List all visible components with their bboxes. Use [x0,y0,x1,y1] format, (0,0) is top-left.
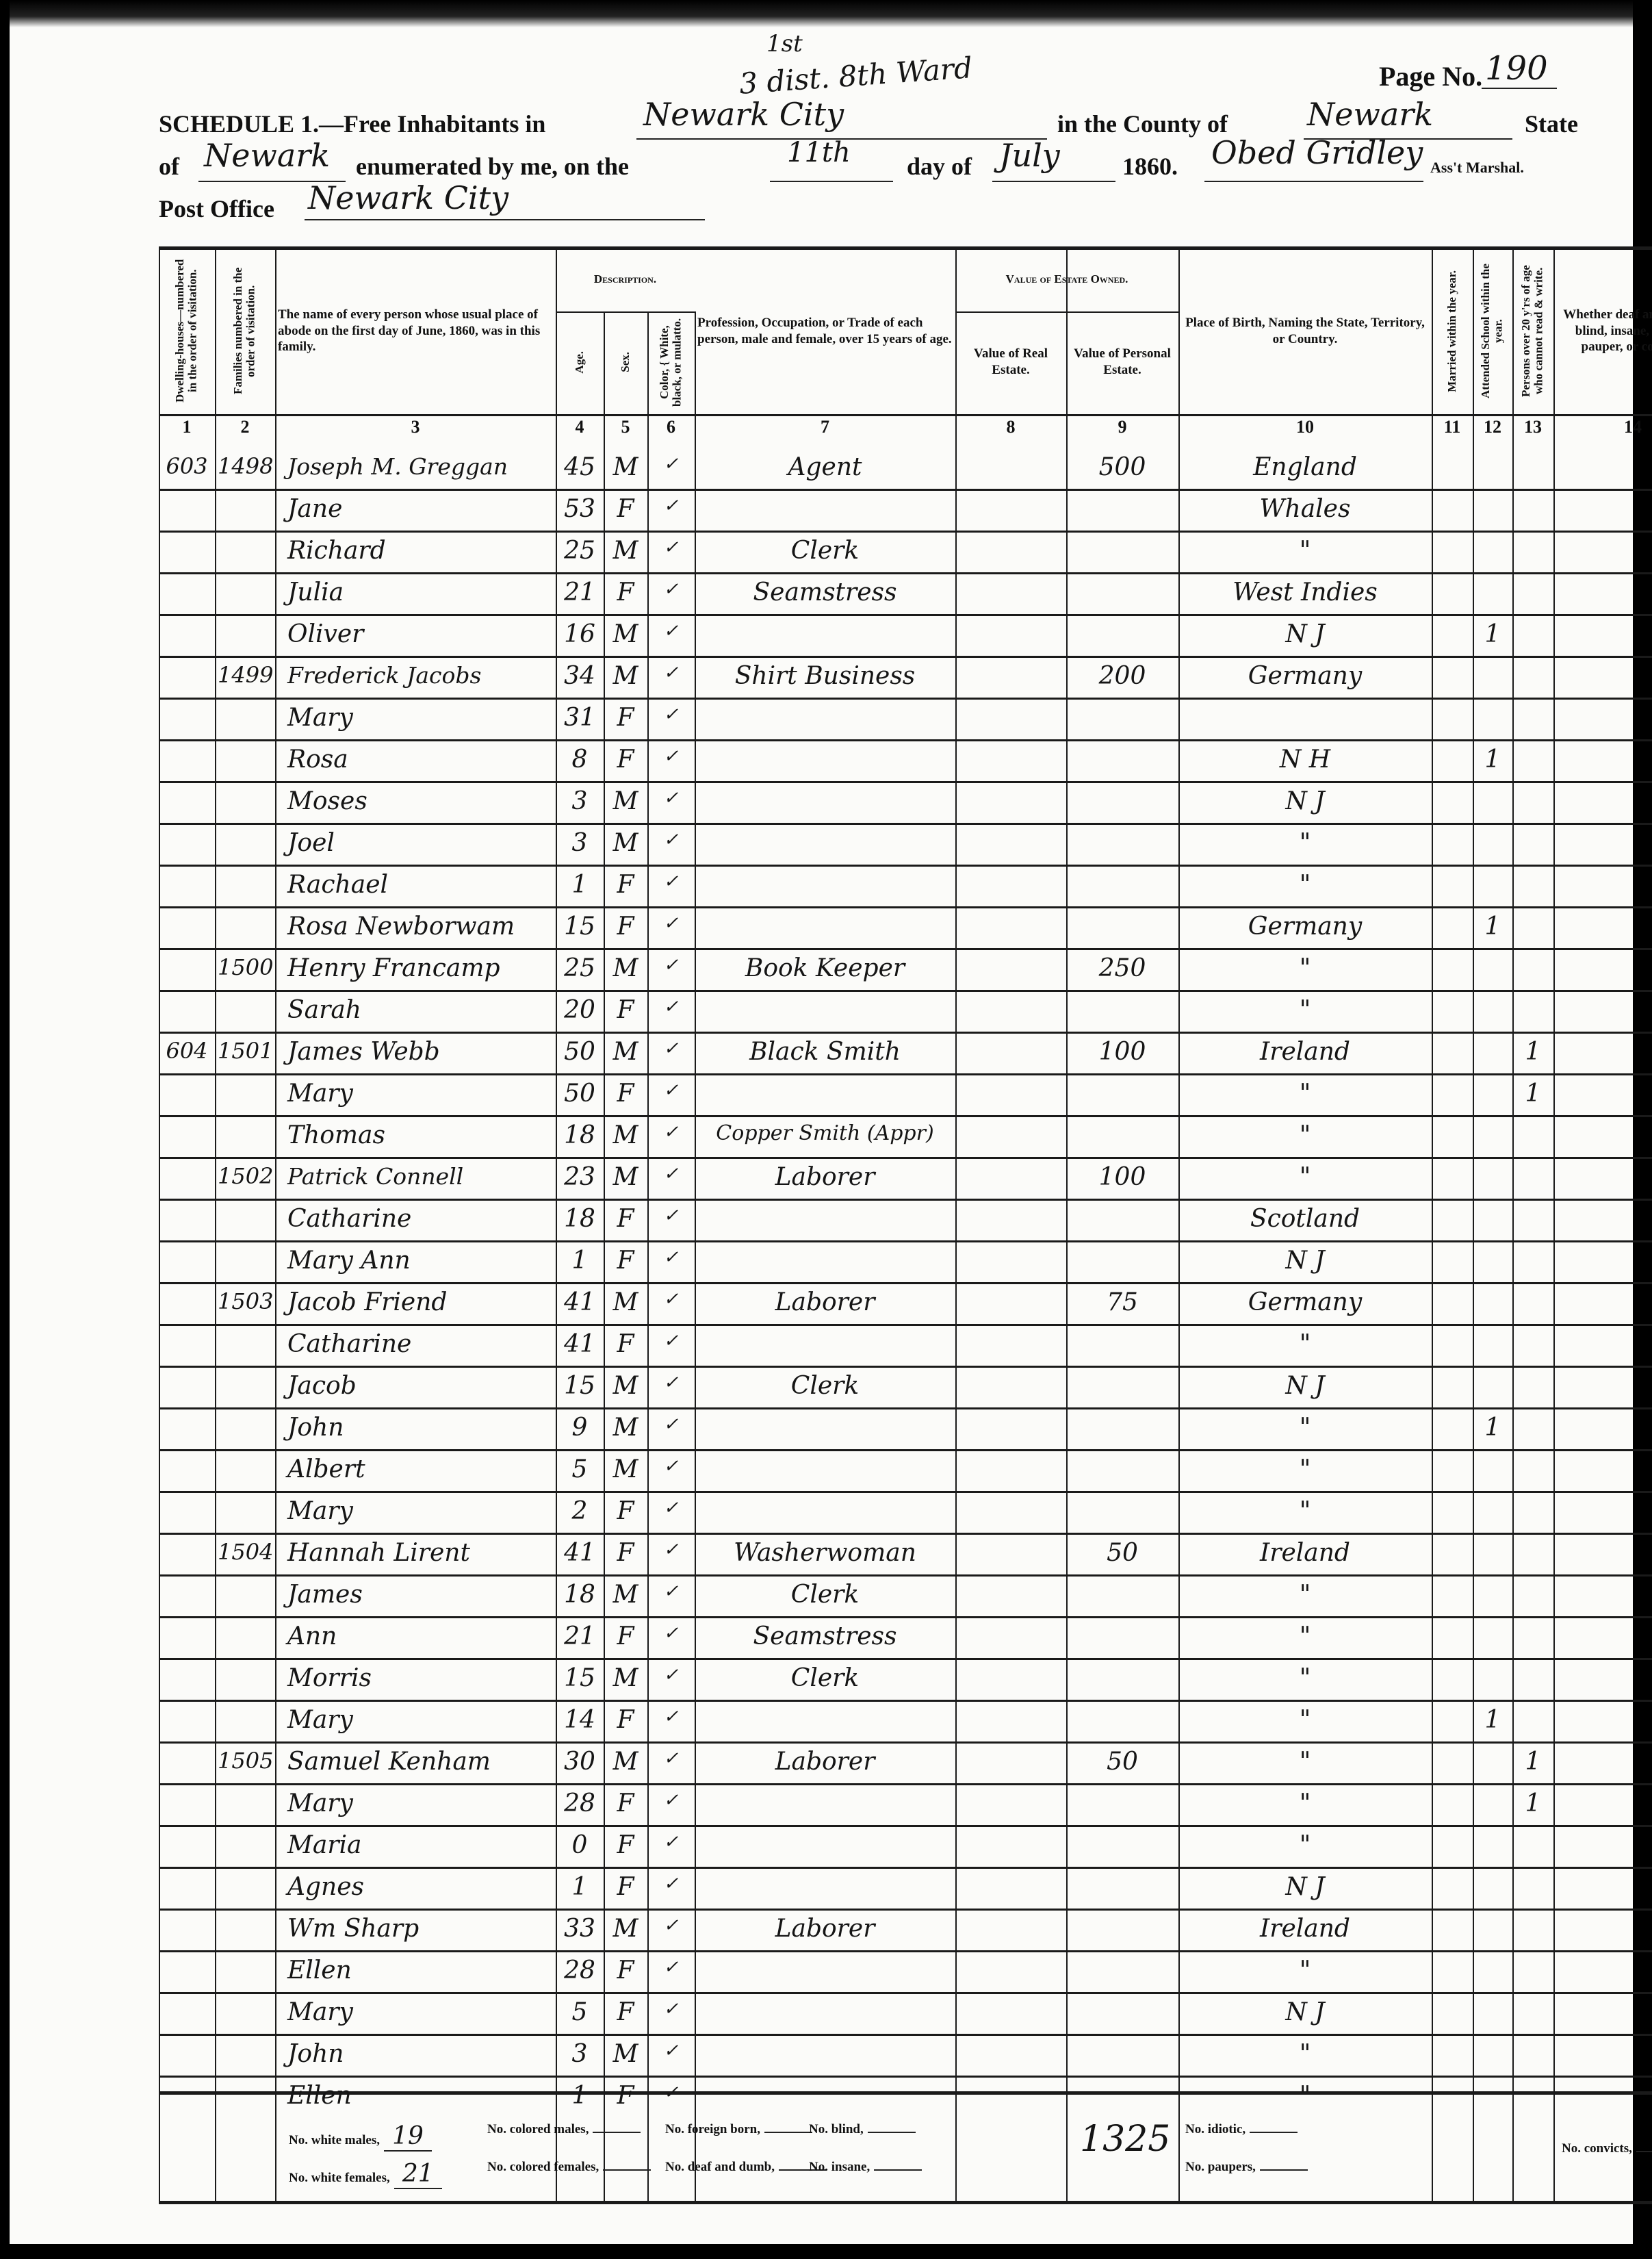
marshal-name: Obed Gridley [1211,134,1423,171]
cell-sex: F [606,1833,645,1858]
cell-name: Albert [278,1457,553,1482]
cell-birth: N J [1181,789,1429,814]
column-header-label: Married within the year. [1446,270,1459,392]
column-header-13: Persons over 20 y'rs of age who cannot r… [1515,253,1551,409]
cell-sex: F [606,915,645,939]
cell-occupation: Clerk [697,1374,953,1399]
cell-color: ✓ [650,1416,692,1433]
marshal-label: Ass't Marshal. [1430,159,1524,177]
state-value: Newark [204,137,330,174]
footer-deaf-dumb-label: No. deaf and dumb, [665,2160,775,2174]
cell-birth: N J [1181,1875,1429,1900]
cell-color: ✓ [650,1624,692,1642]
column-header-label: Whether deaf and dumb, blind, insane, id… [1556,307,1652,355]
column-number: 7 [695,417,955,437]
cell-sex: F [606,1249,645,1273]
cell-name: Sarah [278,998,553,1023]
cell-sex: F [606,748,645,772]
cell-color: ✓ [650,2042,692,2060]
cell-age: 41 [558,1290,601,1315]
cell-occupation: Laborer [697,1290,953,1315]
post-office-label: Post Office [159,194,274,223]
cell-name: Ellen [278,2084,553,2108]
cell-personal: 50 [1069,1750,1176,1774]
cell-name: James Webb [278,1040,553,1064]
cell-sex: F [606,497,645,522]
cell-birth: " [1181,1583,1429,1607]
footer-colored-females-label: No. colored females, [487,2160,599,2174]
cell-color: ✓ [650,1583,692,1600]
footer-paupers: No. paupers, [1185,2160,1308,2175]
footer-foreign-born-label: No. foreign born, [665,2122,760,2136]
cell-name: Rachael [278,873,553,897]
cell-age: 25 [558,539,601,563]
column-header-3: The name of every person whose usual pla… [278,253,553,409]
post-office-underline [305,219,705,220]
cell-name: Rosa [278,748,553,772]
cell-age: 30 [558,1750,601,1774]
footer-end-rule [159,2201,1652,2204]
cell-name: Mary [278,1082,553,1106]
post-office-value: Newark City [308,179,508,216]
cell-birth: " [1181,1958,1429,1983]
cell-family: 1499 [218,664,272,686]
cell-color: ✓ [650,998,692,1016]
cell-age: 20 [558,998,601,1023]
cell-birth: " [1181,1332,1429,1357]
cell-age: 3 [558,2042,601,2067]
cell-age: 3 [558,789,601,814]
cell-age: 23 [558,1165,601,1190]
cell-occupation: Clerk [697,539,953,563]
cell-occupation: Seamstress [697,580,953,605]
cell-age: 1 [558,2084,601,2108]
cell-sex: M [606,1290,645,1315]
column-number: 8 [955,417,1066,437]
cell-age: 21 [558,580,601,605]
cell-birth: N J [1181,2000,1429,2025]
cell-sex: F [606,1791,645,1816]
cell-color: ✓ [650,1165,692,1183]
column-header-10: Place of Birth, Naming the State, Territ… [1181,253,1429,409]
footer-white-males-label: No. white males, [289,2133,380,2147]
cell-color: ✓ [650,1833,692,1851]
footer-blind: No. blind, [809,2122,916,2137]
column-number: 11 [1432,417,1473,437]
column-header-2: Families numbered in the order of visita… [218,253,272,409]
cell-name: Ann [278,1624,553,1649]
cell-sex: F [606,580,645,605]
cell-sex: M [606,956,645,981]
cell-family: 1503 [218,1290,272,1312]
cell-sex: M [606,1165,645,1190]
place-value: Newark City [643,96,844,133]
page-number-underline [1482,88,1557,89]
cell-name: Hannah Lirent [278,1541,553,1566]
footer-idiotic: No. idiotic, [1185,2122,1298,2137]
cell-sex: M [606,664,645,689]
cell-birth: " [1181,1457,1429,1482]
column-header-label: Dwelling-houses—numbered in the order of… [174,253,199,409]
cell-birth: " [1181,1123,1429,1148]
column-header-label: The name of every person whose usual pla… [278,307,553,355]
cell-age: 18 [558,1207,601,1231]
column-number: 2 [215,417,275,437]
cell-family: 1498 [218,455,272,477]
cell-birth: " [1181,2042,1429,2067]
cell-name: Henry Francamp [278,956,553,981]
cell-birth: Germany [1181,664,1429,689]
cell-sex: F [606,1624,645,1649]
cell-birth: " [1181,831,1429,856]
cell-age: 1 [558,1249,601,1273]
column-header-5: Sex. [606,316,645,409]
footer-colored-males-blank [593,2132,641,2133]
cell-color: ✓ [650,1541,692,1559]
cell-birth: Scotland [1181,1207,1429,1231]
column-number: 12 [1473,417,1512,437]
cell-name: John [278,1416,553,1440]
cell-color: ✓ [650,1374,692,1392]
column-header-11: Married within the year. [1434,253,1470,409]
cell-sex: F [606,706,645,730]
column-number: 13 [1512,417,1553,437]
marshal-underline [1204,181,1423,182]
cell-color: ✓ [650,580,692,598]
estate-group-rule [955,311,1178,313]
cell-name: Moses [278,789,553,814]
cell-name: Julia [278,580,553,605]
cell-birth: " [1181,1165,1429,1190]
cell-birth: " [1181,1708,1429,1733]
cell-sex: M [606,1666,645,1691]
cell-birth: Whales [1181,497,1429,522]
cell-name: Joseph M. Greggan [278,455,553,478]
cell-birth: Ireland [1181,1917,1429,1941]
cell-sex: M [606,1457,645,1482]
cell-personal: 200 [1069,664,1176,689]
column-number: 1 [159,417,215,437]
cell-name: Ellen [278,1958,553,1983]
cell-age: 1 [558,1875,601,1900]
cell-name: Catharine [278,1207,553,1231]
footer-insane: No. insane, [809,2160,922,2175]
cell-age: 41 [558,1541,601,1566]
footer-foreign-born-blank [764,2132,812,2133]
cell-color: ✓ [650,1249,692,1266]
cell-illiterate: 1 [1515,1791,1551,1816]
column-header-label: Color, { White, black, or mulatto. [658,316,684,409]
column-number: 3 [275,417,556,437]
cell-sex: F [606,2084,645,2108]
cell-age: 53 [558,497,601,522]
cell-age: 14 [558,1708,601,1733]
cell-sex: M [606,455,645,480]
cell-color: ✓ [650,1040,692,1058]
month-value: July [999,137,1060,174]
cell-name: Mary [278,1708,553,1733]
cell-age: 5 [558,2000,601,2025]
footer-insane-label: No. insane, [809,2160,870,2174]
cell-name: Patrick Connell [278,1165,553,1188]
cell-family: 1502 [218,1165,272,1187]
cell-dwelling: 604 [162,1040,212,1062]
cell-name: Agnes [278,1875,553,1900]
column-header-label: Value of Personal Estate. [1069,346,1176,379]
cell-illiterate: 1 [1515,1040,1551,1064]
footer-white-males: No. white males,19 [289,2122,432,2152]
census-table: Description.Value of Estate Owned.Dwelli… [159,246,1599,2208]
cell-birth: Ireland [1181,1040,1429,1064]
column-number: 10 [1178,417,1432,437]
cell-color: ✓ [650,2000,692,2018]
column-header-label: Age. [573,351,586,374]
cell-age: 1 [558,873,601,897]
cell-personal: 75 [1069,1290,1176,1315]
footer-colored-females: No. colored females, [487,2160,651,2175]
column-header-label: Attended School within the year. [1480,253,1505,409]
cell-illiterate: 1 [1515,1082,1551,1106]
cell-school: 1 [1475,1708,1510,1733]
cell-birth: " [1181,1666,1429,1691]
cell-color: ✓ [650,1499,692,1517]
cell-sex: M [606,1416,645,1440]
cell-birth: Ireland [1181,1541,1429,1566]
cell-sex: F [606,2000,645,2025]
column-header-1: Dwelling-houses—numbered in the order of… [162,253,212,409]
cell-age: 15 [558,1374,601,1399]
column-header-label: Place of Birth, Naming the State, Territ… [1181,315,1429,348]
cell-dwelling: 603 [162,455,212,477]
cell-color: ✓ [650,956,692,974]
cell-occupation: Clerk [697,1583,953,1607]
cell-occupation: Agent [697,455,953,480]
cell-name: Jane [278,497,553,522]
cell-name: Jacob Friend [278,1290,553,1315]
scan-edge-left [0,0,10,2259]
column-number: 5 [604,417,647,437]
cell-age: 5 [558,1457,601,1482]
cell-sex: M [606,831,645,856]
cell-sex: F [606,1499,645,1524]
cell-color: ✓ [650,915,692,932]
day-underline [770,181,893,182]
cell-color: ✓ [650,1750,692,1767]
cell-occupation: Laborer [697,1165,953,1190]
cell-birth: " [1181,1624,1429,1649]
cell-name: Jacob [278,1374,553,1399]
page-number: 190 [1485,49,1548,88]
enumerated-label: enumerated by me, on the [356,152,629,181]
column-number: 4 [556,417,604,437]
footer-white-females: No. white females,21 [289,2160,442,2189]
cell-occupation: Washerwoman [697,1541,953,1566]
cell-birth: " [1181,1082,1429,1106]
cell-birth: " [1181,998,1429,1023]
cell-color: ✓ [650,1875,692,1893]
cell-occupation: Shirt Business [697,664,953,689]
cell-color: ✓ [650,539,692,557]
cell-birth: N J [1181,1249,1429,1273]
cell-age: 18 [558,1123,601,1148]
cell-birth: " [1181,956,1429,981]
cell-school: 1 [1475,748,1510,772]
cell-name: Samuel Kenham [278,1750,553,1774]
cell-age: 16 [558,622,601,647]
cell-sex: M [606,539,645,563]
cell-sex: F [606,1082,645,1106]
cell-sex: M [606,1917,645,1941]
group-header-description: Description. [556,253,695,305]
cell-birth: N H [1181,748,1429,772]
county-label: in the County of [1057,110,1228,138]
cell-name: Rosa Newborwam [278,915,553,939]
footer-foreign-born: No. foreign born, [665,2122,812,2137]
cell-name: Maria [278,1833,553,1858]
cell-age: 50 [558,1082,601,1106]
cell-age: 25 [558,956,601,981]
cell-color: ✓ [650,1958,692,1976]
cell-birth: " [1181,1833,1429,1858]
cell-name: Morris [278,1666,553,1691]
cell-name: John [278,2042,553,2067]
cell-color: ✓ [650,831,692,849]
footer-idiotic-label: No. idiotic, [1185,2122,1246,2136]
cell-personal: 250 [1069,956,1176,981]
cell-birth: " [1181,539,1429,563]
footer-insane-blank [874,2169,922,2171]
column-number: 14 [1553,417,1652,437]
cell-occupation: Book Keeper [697,956,953,981]
table-top-rule [159,246,1652,250]
cell-personal: 50 [1069,1541,1176,1566]
schedule-title: SCHEDULE 1.—Free Inhabitants in [159,110,545,138]
cell-color: ✓ [650,1666,692,1684]
column-header-6: Color, { White, black, or mulatto. [650,316,692,409]
scan-edge-top [0,0,1652,27]
cell-age: 15 [558,1666,601,1691]
annotation-superscript: 1st [766,30,803,58]
cell-color: ✓ [650,1708,692,1726]
cell-birth: Germany [1181,915,1429,939]
cell-name: Mary Ann [278,1249,553,1273]
cell-age: 8 [558,748,601,772]
cell-color: ✓ [650,622,692,640]
cell-sex: F [606,1541,645,1566]
cell-color: ✓ [650,789,692,807]
cell-sex: M [606,1750,645,1774]
footer-paupers-blank [1260,2169,1308,2171]
cell-birth: N J [1181,622,1429,647]
footer-deaf-dumb: No. deaf and dumb, [665,2160,827,2175]
cell-name: Catharine [278,1332,553,1357]
cell-occupation: Seamstress [697,1624,953,1649]
cell-birth: " [1181,1750,1429,1774]
footer-white-males-value: 19 [384,2122,432,2152]
group-header-value-estate: Value of Estate Owned. [955,253,1178,305]
cell-name: Mary [278,1791,553,1816]
cell-birth: West Indies [1181,580,1429,605]
column-header-label: Value of Real Estate. [958,346,1063,379]
cell-sex: F [606,873,645,897]
cell-birth: " [1181,873,1429,897]
cell-birth: N J [1181,1374,1429,1399]
header-rule [159,414,1652,416]
cell-school: 1 [1475,622,1510,647]
cell-occupation: Laborer [697,1917,953,1941]
cell-sex: F [606,1958,645,1983]
column-header-8: Value of Real Estate. [958,316,1063,409]
cell-age: 33 [558,1917,601,1941]
cell-name: Mary [278,2000,553,2025]
column-header-14: Whether deaf and dumb, blind, insane, id… [1556,253,1652,409]
column-header-7: Profession, Occupation, or Trade of each… [697,253,953,409]
cell-color: ✓ [650,1082,692,1099]
day-of-label: day of [907,152,972,181]
cell-name: Mary [278,706,553,730]
cell-school: 1 [1475,1416,1510,1440]
footer-convicts: No. convicts, [1562,2141,1652,2156]
cell-age: 15 [558,915,601,939]
cell-color: ✓ [650,497,692,515]
cell-sex: F [606,1207,645,1231]
cell-age: 45 [558,455,601,480]
cell-color: ✓ [650,2084,692,2102]
cell-color: ✓ [650,455,692,473]
footer-white-females-value: 21 [394,2160,442,2189]
cell-sex: F [606,1875,645,1900]
column-header-4: Age. [558,316,601,409]
cell-age: 0 [558,1833,601,1858]
cell-illiterate: 1 [1515,1750,1551,1774]
cell-color: ✓ [650,706,692,724]
footer-colored-females-blank [603,2169,651,2171]
footer-idiotic-blank [1250,2132,1298,2133]
cell-name: Thomas [278,1123,553,1148]
cell-family: 1500 [218,956,272,978]
cell-age: 9 [558,1416,601,1440]
cell-age: 28 [558,1958,601,1983]
cell-name: Frederick Jacobs [278,664,553,687]
cell-sex: F [606,1332,645,1357]
cell-birth: " [1181,1499,1429,1524]
cell-color: ✓ [650,873,692,891]
cell-sex: M [606,1040,645,1064]
annotation-ward: 3 dist. 8th Ward [738,51,974,101]
cell-color: ✓ [650,1457,692,1475]
column-header-label: Sex. [619,352,632,372]
cell-occupation: Clerk [697,1666,953,1691]
page-label: Page No. [1379,60,1482,92]
cell-birth: England [1181,455,1429,480]
footer-colored-males: No. colored males, [487,2122,641,2137]
column-header-label: Profession, Occupation, or Trade of each… [697,315,953,348]
cell-personal: 500 [1069,455,1176,480]
cell-age: 41 [558,1332,601,1357]
cell-color: ✓ [650,664,692,682]
cell-family: 1504 [218,1541,272,1563]
cell-age: 2 [558,1499,601,1524]
column-header-label: Families numbered in the order of visita… [232,253,257,409]
cell-age: 3 [558,831,601,856]
cell-birth: " [1181,1416,1429,1440]
footer-paupers-label: No. paupers, [1185,2160,1256,2174]
cell-occupation: Laborer [697,1750,953,1774]
cell-sex: M [606,622,645,647]
census-page: 1st 3 dist. 8th Ward Page No. 190 SCHEDU… [0,0,1652,2259]
cell-occupation: Copper Smith (Appr) [697,1123,953,1144]
column-header-9: Value of Personal Estate. [1069,316,1176,409]
